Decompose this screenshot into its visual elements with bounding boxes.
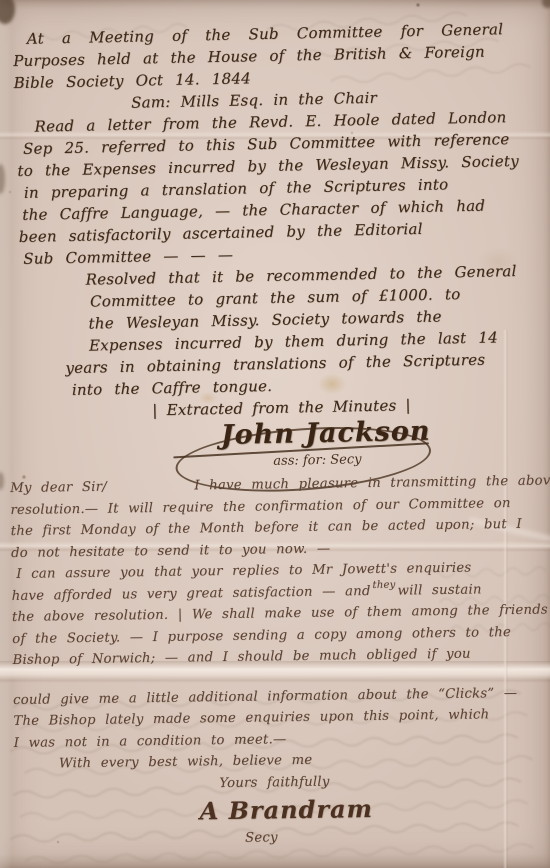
manuscript-content: At a Meeting of the Sub Committee for Ge… [0, 0, 550, 868]
letter-section: My dear Sir/ I have much pleasure in tra… [10, 471, 541, 853]
salutation: My dear Sir/ [10, 477, 107, 500]
interlinear-insertion: they [372, 574, 395, 596]
manuscript-page: At a Meeting of the Sub Committee for Ge… [0, 0, 550, 868]
brandram-signature-role: Secy [245, 824, 541, 850]
jackson-signature-block: John Jackson ass: for: Secy [21, 414, 540, 478]
brandram-signature: A Brandram [199, 790, 540, 829]
line-pre: have afforded us very great satisfaction… [12, 583, 371, 603]
line-post: will sustain [398, 582, 482, 598]
minutes-section: At a Meeting of the Sub Committee for Ge… [13, 18, 540, 478]
manuscript-line: I have much pleasure in transmitting the… [194, 473, 550, 493]
